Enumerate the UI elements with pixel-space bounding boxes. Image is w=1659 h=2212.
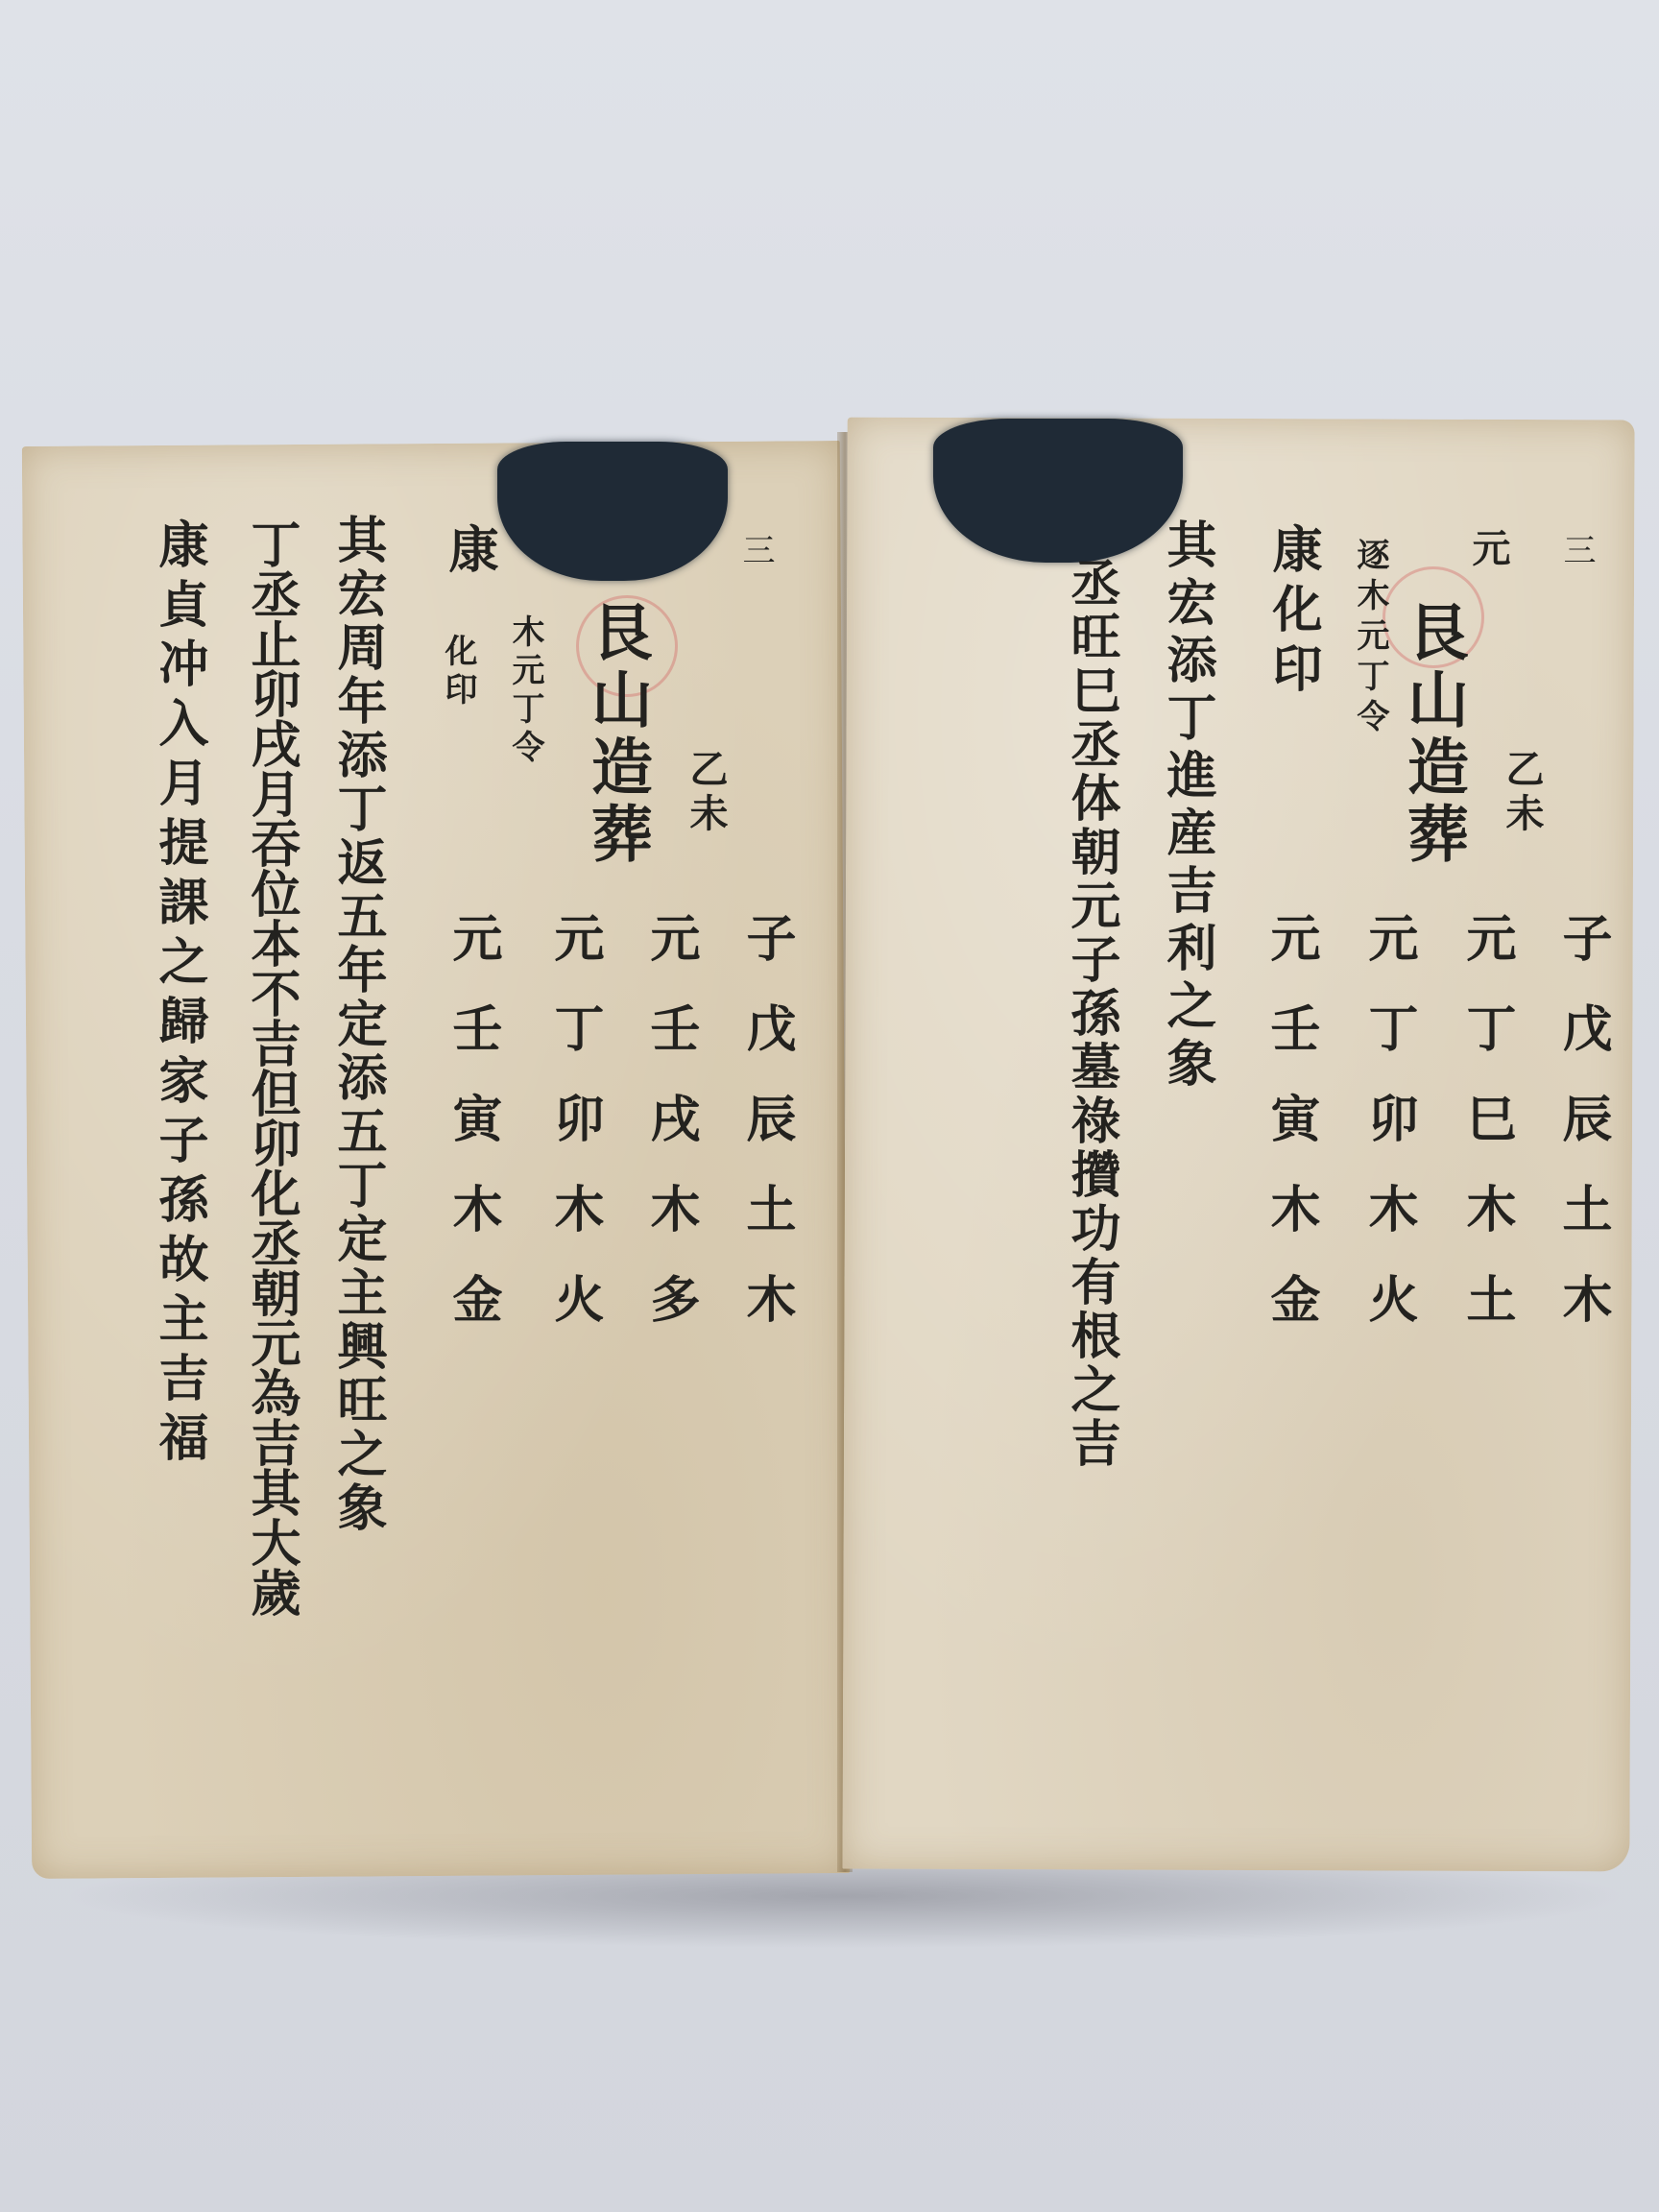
left-annotation-2: 化印 [442,634,474,710]
right-header-top: 元 [1469,528,1507,572]
left-annotation-1: 木元丁令 [509,614,541,768]
left-table-col-4: 元壬寅木金 [447,912,497,1363]
right-table-col-2: 元丁巳木土 [1461,912,1511,1363]
left-page-mark: 三 [739,533,772,571]
left-table-col-3: 元丁卯木火 [549,912,599,1363]
right-body-col-1: 其宏添丁進産吉利之象 [1162,518,1212,1094]
left-body-col-2: 丁丞止卯戌月吞位本不吉但卯化丞朝元為吉其大歲 [246,518,296,1617]
left-header-top: 康 [444,523,493,579]
left-title: 艮山造葬 [586,600,647,869]
right-table-col-3: 元丁卯木火 [1363,912,1413,1363]
left-table-col-2: 元壬戌木多 [645,912,695,1363]
right-annotation-1: 逐木元丁令 [1354,538,1386,739]
right-table-col-1: 子戊辰土木 [1557,912,1607,1363]
left-table-col-1: 子戊辰土木 [741,912,791,1363]
right-stem-branch: 乙未 [1503,749,1541,837]
right-annotation-2: 康化印 [1267,523,1317,702]
right-body-col-2: 丞旺巳丞体朝元子孫墓祿攢功有根之吉 [1066,557,1116,1471]
left-stem-branch: 乙未 [686,749,725,837]
right-page-mark: 三 [1560,533,1593,571]
right-table-col-4: 元壬寅木金 [1265,912,1315,1363]
left-page [22,441,850,1879]
left-body-col-1: 其宏周年添丁返五年定添五丁定主興旺之象 [332,514,382,1535]
right-title: 艮山造葬 [1402,600,1463,869]
left-body-col-3: 康貞冲入月提課之歸家子孫故主吉福 [154,518,204,1471]
